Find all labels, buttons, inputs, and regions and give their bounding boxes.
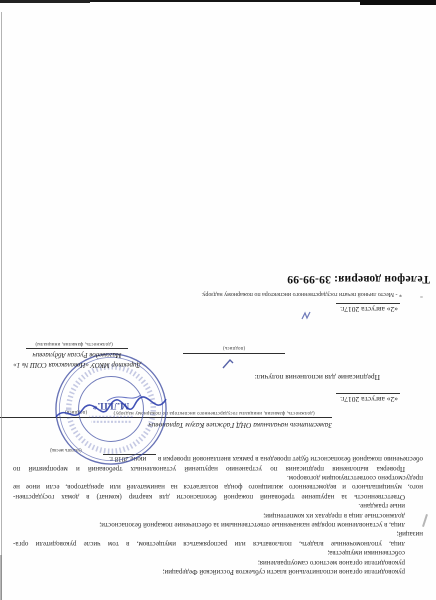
trust-phone-line: Телефон доверия: 39-99-99 <box>287 273 430 285</box>
inspector-name: Заместитель начальника ОНД Гаджиев Казум… <box>148 421 332 430</box>
receiver-position-name: Директор МКОУ «Новолакская СОШ № 1» Маго… <box>12 348 142 369</box>
inspector-date: «2» августа 2017г. <box>336 393 400 404</box>
receiver-sign-caption: (подпись) <box>183 345 285 350</box>
scan-edge-top-left <box>0 0 90 3</box>
recheck-text: обеспечению пожарной безопасности будет … <box>158 455 423 463</box>
body-line: лица, уполномоченные владеть, пользовать… <box>13 538 423 547</box>
body-line: руководители органов местного самоуправл… <box>13 557 423 566</box>
scan-mark-speck <box>420 296 423 298</box>
body-line: лица, в установленном порядке назначенны… <box>13 520 423 529</box>
body-line: собственники имущества; <box>13 548 423 557</box>
document-content-rotated: руководители органов исполнительной влас… <box>0 0 436 600</box>
receiver-caption: (должность, фамилия, инициалы) <box>12 341 136 346</box>
receiver-position: Директор МКОУ «Новолакская СОШ № 1» <box>12 359 142 369</box>
body-line: иные граждане. <box>13 501 423 510</box>
seal-footnote: * - Место личной печати государственного… <box>202 291 403 297</box>
stamp-illegible-text <box>89 417 132 422</box>
body-line: должностные лица в пределах их компетенц… <box>13 510 423 519</box>
pen-mark <box>300 311 312 321</box>
receiver-heading: Предписание для исполнения получил: <box>255 373 380 382</box>
receiver-signature-rule <box>183 353 285 362</box>
scanned-page: руководители органов исполнительной влас… <box>0 0 436 600</box>
body-paragraphs: руководители органов исполнительной влас… <box>13 454 423 576</box>
body-line: руководители органов исполнительной влас… <box>13 567 423 576</box>
body-line: предусмотрено соответствующим договором. <box>13 473 423 482</box>
body-line: низаций; <box>13 529 423 538</box>
scan-edge-top-right <box>360 0 436 5</box>
body-line: Ответственность за нарушение требований … <box>13 491 423 500</box>
body-line: ного, муниципального и ведомственного жи… <box>13 482 423 491</box>
receiver-date: «2» августа 2017г. <box>336 303 400 314</box>
scan-edge-left <box>1 12 2 600</box>
receiver-name: Магомедов Руслан Абдулаевич <box>26 348 127 360</box>
scan-edge-bottom-left <box>0 555 2 600</box>
